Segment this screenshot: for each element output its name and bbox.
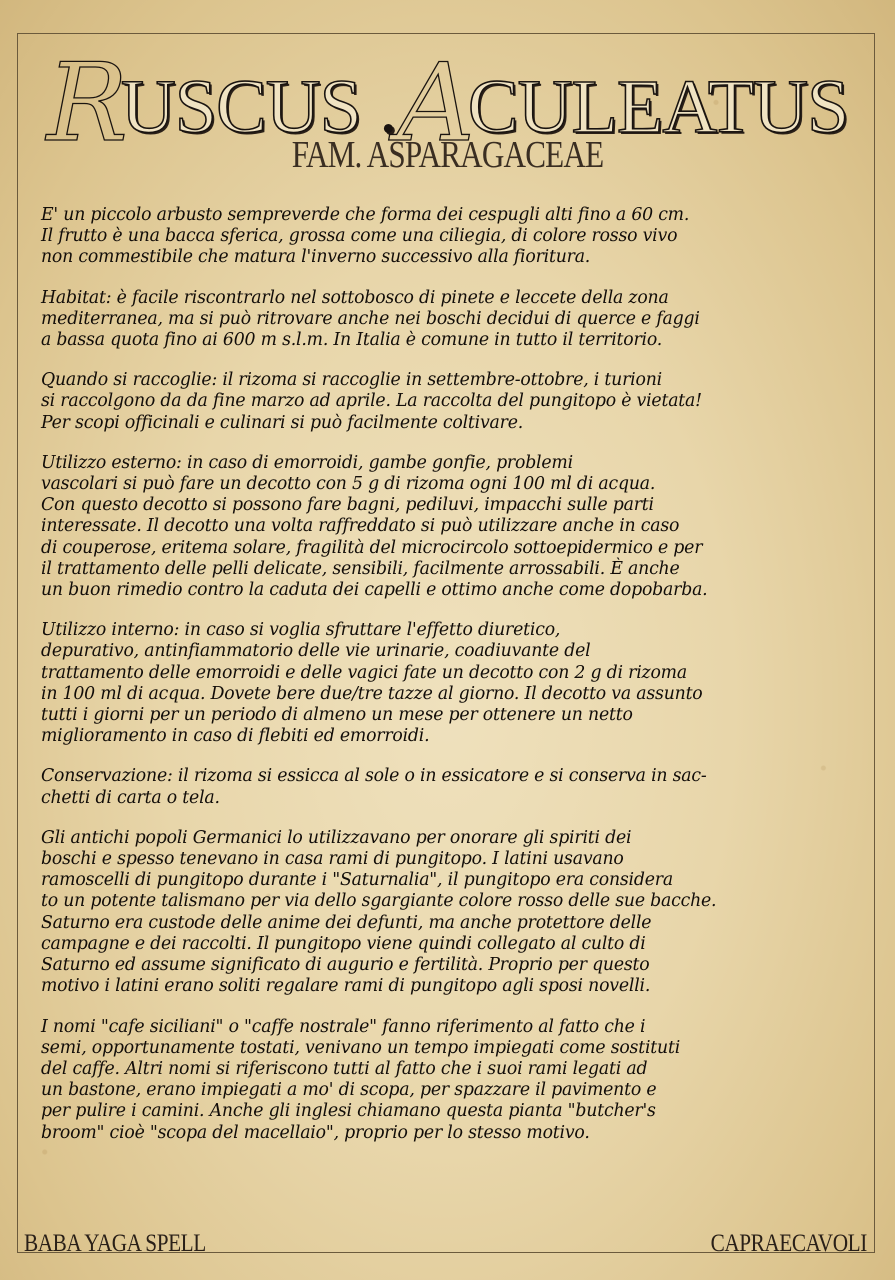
handwritten-body: E' un piccolo arbusto sempreverde che fo… bbox=[41, 205, 861, 1163]
text-line: un buon rimedio contro la caduta dei cap… bbox=[41, 580, 861, 601]
text-line: si raccolgono da da fine marzo ad aprile… bbox=[41, 391, 861, 412]
text-line: ramoscelli di pungitopo durante i "Satur… bbox=[41, 870, 861, 891]
text-line: Per scopi officinali e culinari si può f… bbox=[41, 413, 861, 434]
text-line: boschi e spesso tenevano in casa rami di… bbox=[41, 849, 861, 870]
text-line: tutti i giorni per un periodo di almeno … bbox=[41, 705, 861, 726]
footer-left-credit: BABA YAGA SPELL bbox=[24, 1230, 206, 1258]
text-line: trattamento delle emorroidi e delle vagi… bbox=[41, 663, 861, 684]
text-line: in 100 ml di acqua. Dovete bere due/tre … bbox=[41, 684, 861, 705]
paragraph: Gli antichi popoli Germanici lo utilizza… bbox=[41, 828, 861, 998]
paragraph: Quando si raccoglie: il rizoma si raccog… bbox=[41, 370, 861, 434]
text-line: campagne e dei raccolti. Il pungitopo vi… bbox=[41, 934, 861, 955]
text-line: il trattamento delle pelli delicate, sen… bbox=[41, 559, 861, 580]
text-line: un bastone, erano impiegati a mo' di sco… bbox=[41, 1080, 861, 1101]
text-line: vascolari si può fare un decotto con 5 g… bbox=[41, 474, 861, 495]
text-line: semi, opportunamente tostati, venivano u… bbox=[41, 1038, 861, 1059]
paragraph: Conservazione: il rizoma si essicca al s… bbox=[41, 766, 861, 808]
text-line: Gli antichi popoli Germanici lo utilizza… bbox=[41, 828, 861, 849]
text-line: Il frutto è una bacca sferica, grossa co… bbox=[41, 226, 861, 247]
text-line: mediterranea, ma si può ritrovare anche … bbox=[41, 309, 861, 330]
text-line: del caffe. Altri nomi si riferiscono tut… bbox=[41, 1059, 861, 1080]
text-line: E' un piccolo arbusto sempreverde che fo… bbox=[41, 205, 861, 226]
paragraph: Utilizzo interno: in caso si voglia sfru… bbox=[41, 620, 861, 747]
paragraph: I nomi "cafe siciliani" o "caffe nostral… bbox=[41, 1017, 861, 1144]
text-line: non commestibile che matura l'inverno su… bbox=[41, 247, 861, 268]
text-line: Utilizzo interno: in caso si voglia sfru… bbox=[41, 620, 861, 641]
paragraph: Utilizzo esterno: in caso di emorroidi, … bbox=[41, 453, 861, 601]
text-line: Habitat: è facile riscontrarlo nel sotto… bbox=[41, 288, 861, 309]
text-line: miglioramento in caso di flebiti ed emor… bbox=[41, 726, 861, 747]
text-line: motivo i latini erano soliti regalare ra… bbox=[41, 976, 861, 997]
text-line: Utilizzo esterno: in caso di emorroidi, … bbox=[41, 453, 861, 474]
text-line: Saturno ed assume significato di augurio… bbox=[41, 955, 861, 976]
text-line: chetti di carta o tela. bbox=[41, 788, 861, 809]
text-line: per pulire i camini. Anche gli inglesi c… bbox=[41, 1101, 861, 1122]
text-line: broom" cioè "scopa del macellaio", propr… bbox=[41, 1123, 861, 1144]
text-line: Saturno era custode delle anime dei defu… bbox=[41, 913, 861, 934]
text-line: Con questo decotto si possono fare bagni… bbox=[41, 495, 861, 516]
text-line: di couperose, eritema solare, fragilità … bbox=[41, 538, 861, 559]
text-line: I nomi "cafe siciliani" o "caffe nostral… bbox=[41, 1017, 861, 1038]
text-line: a bassa quota fino ai 600 m s.l.m. In It… bbox=[41, 330, 861, 351]
text-line: interessate. Il decotto una volta raffre… bbox=[41, 516, 861, 537]
footer-right-credit: CAPRAECAVOLI bbox=[711, 1230, 867, 1258]
text-line: depurativo, antinfiammatorio delle vie u… bbox=[41, 641, 861, 662]
family-subtitle: FAM. ASPARAGACEAE bbox=[81, 133, 815, 177]
paragraph: E' un piccolo arbusto sempreverde che fo… bbox=[41, 205, 861, 269]
text-line: Conservazione: il rizoma si essicca al s… bbox=[41, 766, 861, 787]
text-line: Quando si raccoglie: il rizoma si raccog… bbox=[41, 370, 861, 391]
paragraph: Habitat: è facile riscontrarlo nel sotto… bbox=[41, 288, 861, 352]
text-line: to un potente talismano per via dello sg… bbox=[41, 891, 861, 912]
